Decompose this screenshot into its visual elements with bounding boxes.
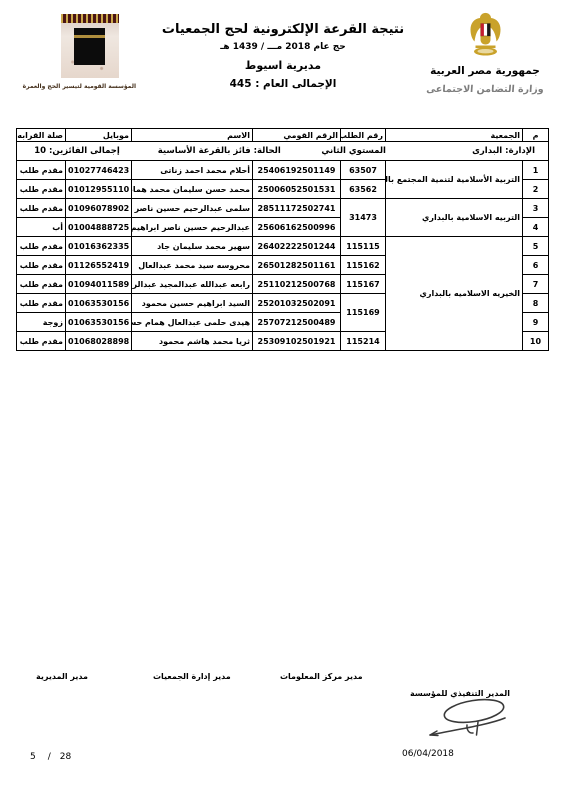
- cell-name: ثريا محمد هاشم محمود: [132, 332, 253, 351]
- cell-name: عبدالرحيم حسين ناصر ابراهيم: [132, 218, 253, 237]
- cell-serial: 9: [523, 313, 549, 332]
- handwritten-signature-icon: [420, 697, 512, 751]
- cell-relation: مقدم طلب: [17, 199, 66, 218]
- cell-name: السيد ابراهيم حسين محمود: [132, 294, 253, 313]
- kaaba-cube: [74, 28, 105, 65]
- signature-label-directorate: مدير المديرية: [36, 672, 88, 681]
- cell-name: سهير محمد سليمان جاد: [132, 237, 253, 256]
- cell-mobile: 01016362335: [66, 237, 132, 256]
- cell-national-id: 28511172502741: [253, 199, 341, 218]
- directorate-title: مديرية اسيوط: [118, 59, 448, 72]
- cell-request-number: 115162: [341, 256, 386, 275]
- column-header: الجمعية: [386, 129, 523, 142]
- cell-mobile: 01004888725: [66, 218, 132, 237]
- column-header: صلة القرابه: [17, 129, 66, 142]
- info-row: الإدارة: البدارى المستوي الثاني الحالة: …: [19, 146, 546, 156]
- cell-national-id: 26501282501161: [253, 256, 341, 275]
- table-header-row: مالجمعيةرقم الطلبالرقم القوميالاسمموبايل…: [17, 129, 549, 142]
- cell-national-id: 25006052501531: [253, 180, 341, 199]
- level-label: المستوي الثاني: [304, 146, 404, 156]
- cell-request-number: 115167: [341, 275, 386, 294]
- table-row: 1التربية الأسلامية لتنمية المجتمع بالبدا…: [17, 161, 549, 180]
- page-number: 5 / 28: [30, 752, 71, 762]
- table-row: 3التربيه الاسلامية بالبداري3147328511172…: [17, 199, 549, 218]
- foundation-logo-block: المؤسسة القومية لتيسير الحج والعمرة: [44, 14, 136, 90]
- results-table: الإدارة: البدارى المستوي الثاني الحالة: …: [16, 128, 549, 351]
- page-current: 5: [30, 752, 36, 762]
- cell-relation: زوجة: [17, 313, 66, 332]
- cell-request-number: 115115: [341, 237, 386, 256]
- cell-relation: أب: [17, 218, 66, 237]
- info-row-cell: الإدارة: البدارى المستوي الثاني الحالة: …: [17, 142, 549, 161]
- cell-serial: 1: [523, 161, 549, 180]
- results-table-body: 1التربية الأسلامية لتنمية المجتمع بالبدا…: [17, 161, 549, 351]
- column-header: رقم الطلب: [341, 129, 386, 142]
- cell-name: محمد حسن سليمان محمد همام: [132, 180, 253, 199]
- column-header: الرقم القومي: [253, 129, 341, 142]
- foundation-name-calligraphy: المؤسسة القومية لتيسير الحج والعمرة: [44, 83, 136, 90]
- cell-relation: مقدم طلب: [17, 332, 66, 351]
- cell-mobile: 01094011589: [66, 275, 132, 294]
- signature-label-information-center: مدير مركز المعلومات: [280, 672, 363, 681]
- cell-request-number: 115214: [341, 332, 386, 351]
- cell-association: التربية الأسلامية لتنمية المجتمع بالبدار…: [386, 161, 523, 199]
- cell-name: أحلام محمد احمد زناتى: [132, 161, 253, 180]
- cell-serial: 6: [523, 256, 549, 275]
- cell-request-number: 63562: [341, 180, 386, 199]
- cell-relation: مقدم طلب: [17, 180, 66, 199]
- cell-serial: 2: [523, 180, 549, 199]
- cell-national-id: 26402222501244: [253, 237, 341, 256]
- kaaba-banner-strip: [61, 14, 119, 23]
- winners-total-label: إجمالى الفائزين: 10: [19, 146, 135, 156]
- column-header: الاسم: [132, 129, 253, 142]
- cell-association: التربيه الاسلامية بالبداري: [386, 199, 523, 237]
- cell-relation: مقدم طلب: [17, 237, 66, 256]
- cell-name: محروسه سيد محمد عبدالعال: [132, 256, 253, 275]
- cell-mobile: 01063530156: [66, 313, 132, 332]
- document-page: جمهورية مصر العربية وزارة التضامن الاجتم…: [0, 0, 566, 800]
- kaaba-gold-band: [74, 35, 105, 38]
- cell-mobile: 01096078902: [66, 199, 132, 218]
- cell-national-id: 25606162500996: [253, 218, 341, 237]
- cell-relation: مقدم طلب: [17, 294, 66, 313]
- administration-label: الإدارة: البدارى: [404, 146, 546, 156]
- cell-serial: 4: [523, 218, 549, 237]
- cell-national-id: 25707212500489: [253, 313, 341, 332]
- table-row: 5الخيريه الاسلاميه بالبداري1151152640222…: [17, 237, 549, 256]
- status-label: الحالة: فائز بالقرعة الأساسية: [135, 146, 304, 156]
- cell-association: الخيريه الاسلاميه بالبداري: [386, 237, 523, 351]
- egypt-eagle-emblem-icon: [467, 43, 504, 62]
- column-header: م: [523, 129, 549, 142]
- cell-serial: 10: [523, 332, 549, 351]
- cell-request-number: 115169: [341, 294, 386, 332]
- header-title-block: نتيجة القرعة الإلكترونية لحج الجمعيات حج…: [118, 22, 448, 90]
- page-total: 28: [60, 752, 71, 762]
- cell-name: هيدى حلمى عبدالعال همام حسين: [132, 313, 253, 332]
- print-date: 06/04/2018: [402, 749, 454, 759]
- cell-serial: 8: [523, 294, 549, 313]
- cell-national-id: 25309102501921: [253, 332, 341, 351]
- page-separator: /: [48, 752, 51, 762]
- cell-mobile: 01068028898: [66, 332, 132, 351]
- cell-relation: مقدم طلب: [17, 161, 66, 180]
- cell-mobile: 01126552419: [66, 256, 132, 275]
- table-info-row: الإدارة: البدارى المستوي الثاني الحالة: …: [17, 142, 549, 161]
- cell-national-id: 25110212500768: [253, 275, 341, 294]
- cell-name: سلمى عبدالرحيم حسين ناصر: [132, 199, 253, 218]
- cell-relation: مقدم طلب: [17, 256, 66, 275]
- cell-serial: 7: [523, 275, 549, 294]
- cell-relation: مقدم طلب: [17, 275, 66, 294]
- hajj-year-subtitle: حج عام 2018 مـــ / 1439 هـ: [118, 42, 448, 52]
- document-title: نتيجة القرعة الإلكترونية لحج الجمعيات: [118, 22, 448, 37]
- cell-mobile: 01012955110: [66, 180, 132, 199]
- cell-name: رابعه عبدالله عبدالمجيد عبدالرحمن: [132, 275, 253, 294]
- cell-serial: 3: [523, 199, 549, 218]
- signature-label-associations-admin: مدير إدارة الجمعيات: [153, 672, 231, 681]
- cell-mobile: 01063530156: [66, 294, 132, 313]
- cell-national-id: 25201032502091: [253, 294, 341, 313]
- column-header: موبايل: [66, 129, 132, 142]
- cell-mobile: 01027746423: [66, 161, 132, 180]
- cell-request-number: 31473: [341, 199, 386, 237]
- cell-serial: 5: [523, 237, 549, 256]
- kaaba-photo-icon: [61, 14, 119, 78]
- cell-request-number: 63507: [341, 161, 386, 180]
- grand-total: الإجمالى العام : 445: [118, 78, 448, 90]
- cell-national-id: 25406192501149: [253, 161, 341, 180]
